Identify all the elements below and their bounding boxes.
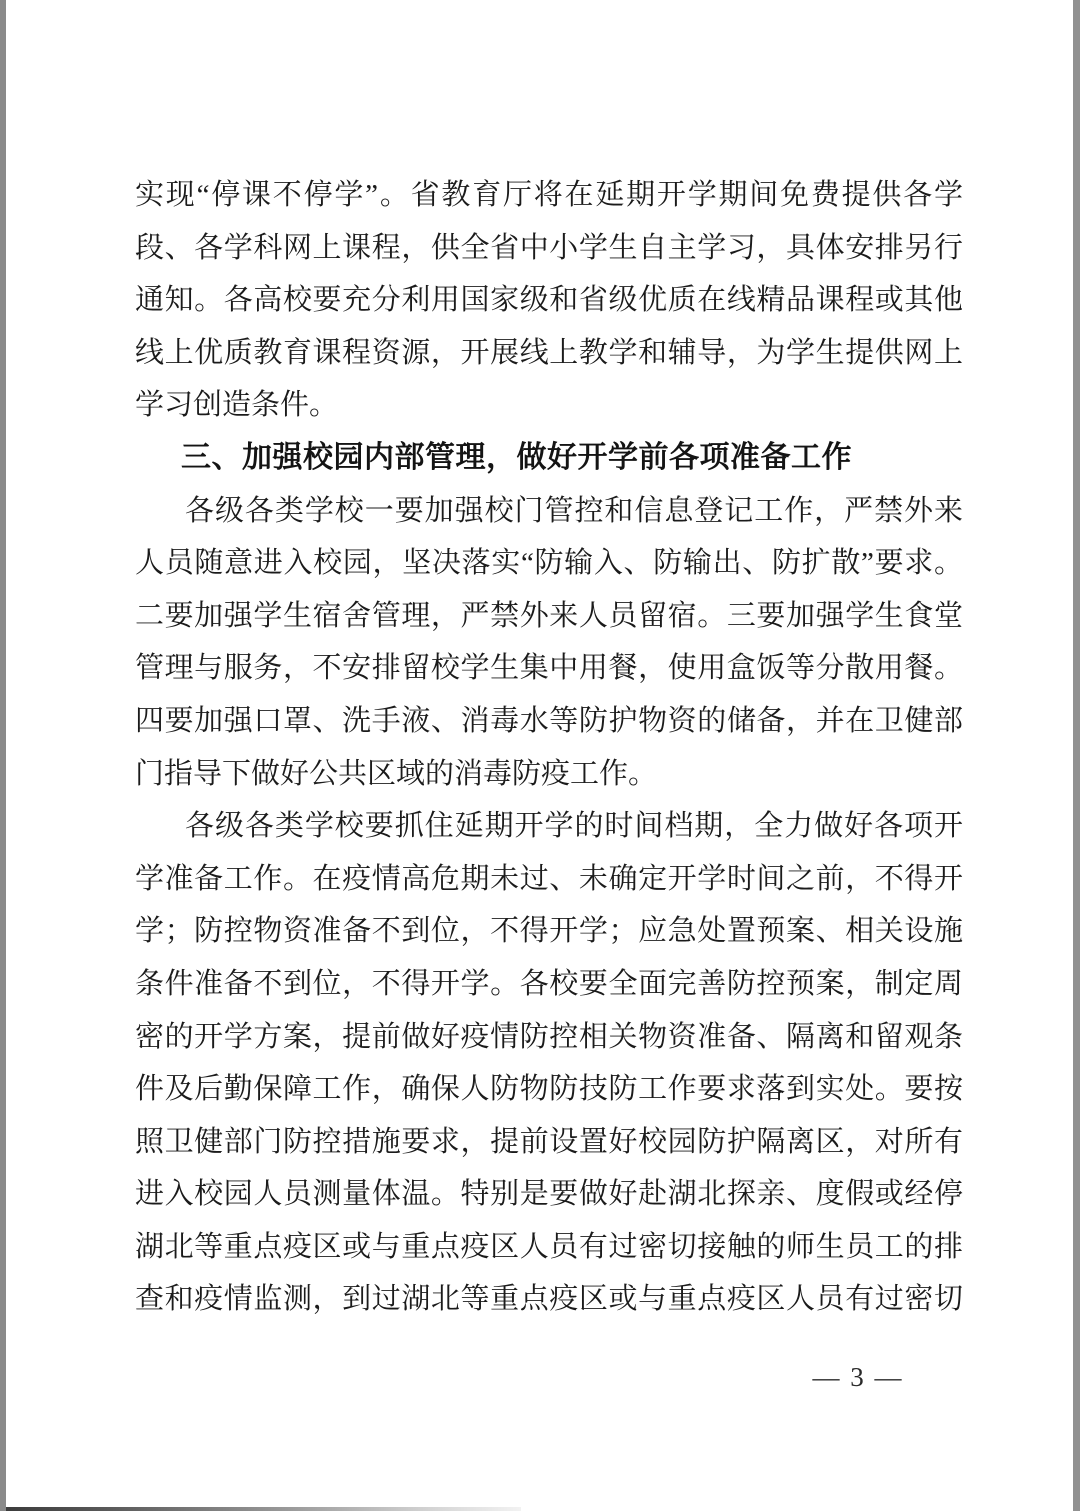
section-heading: 三、加强校园内部管理，做好开学前各项准备工作 — [135, 432, 963, 485]
document-body: 实现“停课不停学”。省教育厅将在延期开学期间免费提供各学段、各学科网上课程，供全… — [135, 169, 963, 1326]
text-line: 段、各学科网上课程，供全省中小学生自主学习，具体安排另行 — [135, 222, 963, 275]
page-number: — 3 — — [808, 1362, 908, 1393]
text-line: 照卫健部门防控措施要求，提前设置好校园防护隔离区，对所有 — [135, 1116, 963, 1169]
text-line: 人员随意进入校园，坚决落实“防输入、防输出、防扩散”要求。 — [135, 537, 963, 590]
text-line: 门指导下做好公共区域的消毒防疫工作。 — [135, 748, 963, 801]
text-line: 学；防控物资准备不到位，不得开学；应急处置预案、相关设施 — [135, 905, 963, 958]
page-left-edge — [0, 0, 6, 1511]
text-line: 二要加强学生宿舍管理，严禁外来人员留宿。三要加强学生食堂 — [135, 590, 963, 643]
text-line: 线上优质教育课程资源，开展线上教学和辅导，为学生提供网上 — [135, 327, 963, 380]
text-line: 件及后勤保障工作，确保人防物防技防工作要求落到实处。要按 — [135, 1063, 963, 1116]
text-line: 实现“停课不停学”。省教育厅将在延期开学期间免费提供各学 — [135, 169, 963, 222]
text-line: 通知。各高校要充分利用国家级和省级优质在线精品课程或其他 — [135, 274, 963, 327]
text-line: 查和疫情监测，到过湖北等重点疫区或与重点疫区人员有过密切 — [135, 1273, 963, 1326]
text-line: 湖北等重点疫区或与重点疫区人员有过密切接触的师生员工的排 — [135, 1221, 963, 1274]
text-line: 密的开学方案，提前做好疫情防控相关物资准备、隔离和留观条 — [135, 1011, 963, 1064]
text-line: 学习创造条件。 — [135, 379, 963, 432]
text-line: 进入校园人员测量体温。特别是要做好赴湖北探亲、度假或经停 — [135, 1168, 963, 1221]
page-right-edge — [1073, 0, 1080, 1511]
text-line: 四要加强口罩、洗手液、消毒水等防护物资的储备，并在卫健部 — [135, 695, 963, 748]
text-line: 学准备工作。在疫情高危期未过、未确定开学时间之前，不得开 — [135, 853, 963, 906]
text-line: 条件准备不到位，不得开学。各校要全面完善防控预案，制定周 — [135, 958, 963, 1011]
text-line: 各级各类学校一要加强校门管控和信息登记工作，严禁外来 — [135, 485, 963, 538]
page-bottom-edge — [6, 1507, 521, 1511]
text-line: 管理与服务，不安排留校学生集中用餐，使用盒饭等分散用餐。 — [135, 642, 963, 695]
text-line: 各级各类学校要抓住延期开学的时间档期，全力做好各项开 — [135, 800, 963, 853]
